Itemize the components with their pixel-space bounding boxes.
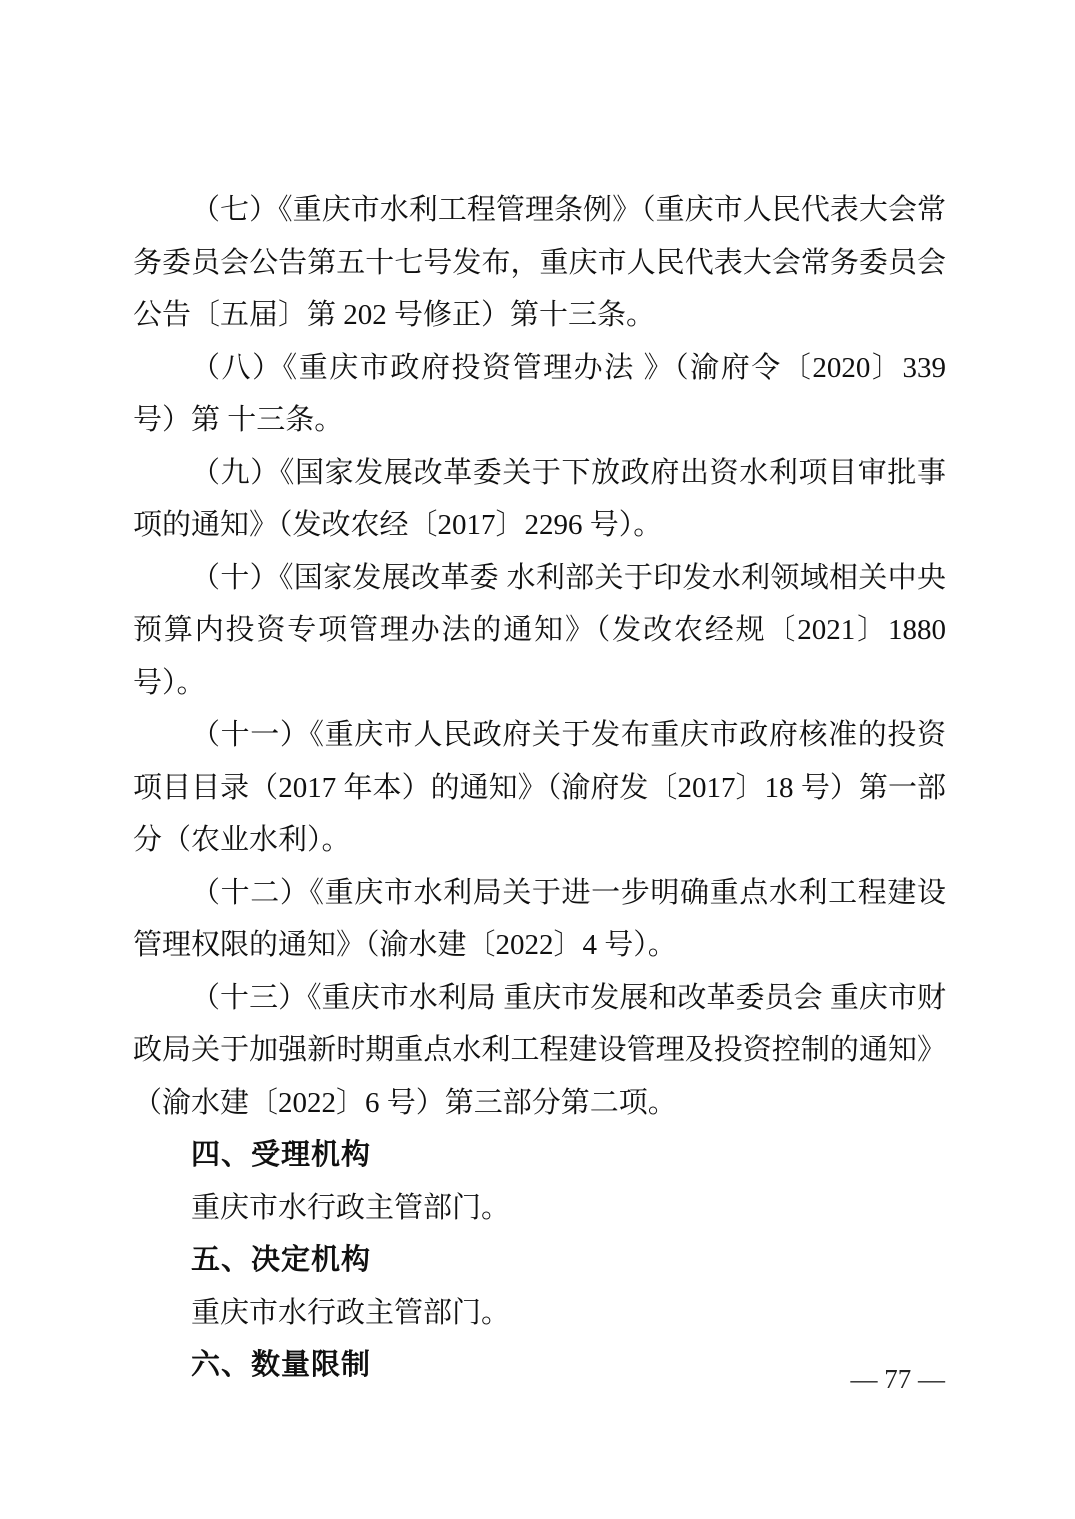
document-page: （七）《重庆市水利工程管理条例》（重庆市人民代表大会常务委员会公告第五十七号发布…: [0, 0, 1075, 1519]
legal-basis-item-9: （九）《国家发展改革委关于下放政府出资水利项目审批事项的通知》（发改农经〔201…: [133, 447, 946, 552]
accepting-agency-text: 重庆市水行政主管部门。: [133, 1182, 946, 1235]
deciding-agency-text: 重庆市水行政主管部门。: [133, 1287, 946, 1340]
page-number: — 77 —: [851, 1362, 946, 1396]
section-heading-quantity-limit: 六、数量限制: [133, 1339, 946, 1392]
document-body: （七）《重庆市水利工程管理条例》（重庆市人民代表大会常务委员会公告第五十七号发布…: [133, 184, 946, 1392]
legal-basis-item-12: （十二）《重庆市水利局关于进一步明确重点水利工程建设管理权限的通知》（渝水建〔2…: [133, 867, 946, 972]
legal-basis-item-7: （七）《重庆市水利工程管理条例》（重庆市人民代表大会常务委员会公告第五十七号发布…: [133, 184, 946, 342]
legal-basis-item-10: （十）《国家发展改革委 水利部关于印发水利领域相关中央预算内投资专项管理办法的通…: [133, 552, 946, 710]
legal-basis-item-13: （十三）《重庆市水利局 重庆市发展和改革委员会 重庆市财政局关于加强新时期重点水…: [133, 972, 946, 1130]
legal-basis-item-8: （八）《重庆市政府投资管理办法 》（渝府令〔2020〕339 号）第 十三条。: [133, 342, 946, 447]
legal-basis-item-11: （十一）《重庆市人民政府关于发布重庆市政府核准的投资项目目录（2017 年本）的…: [133, 709, 946, 867]
section-heading-deciding-agency: 五、决定机构: [133, 1234, 946, 1287]
section-heading-accepting-agency: 四、受理机构: [133, 1129, 946, 1182]
